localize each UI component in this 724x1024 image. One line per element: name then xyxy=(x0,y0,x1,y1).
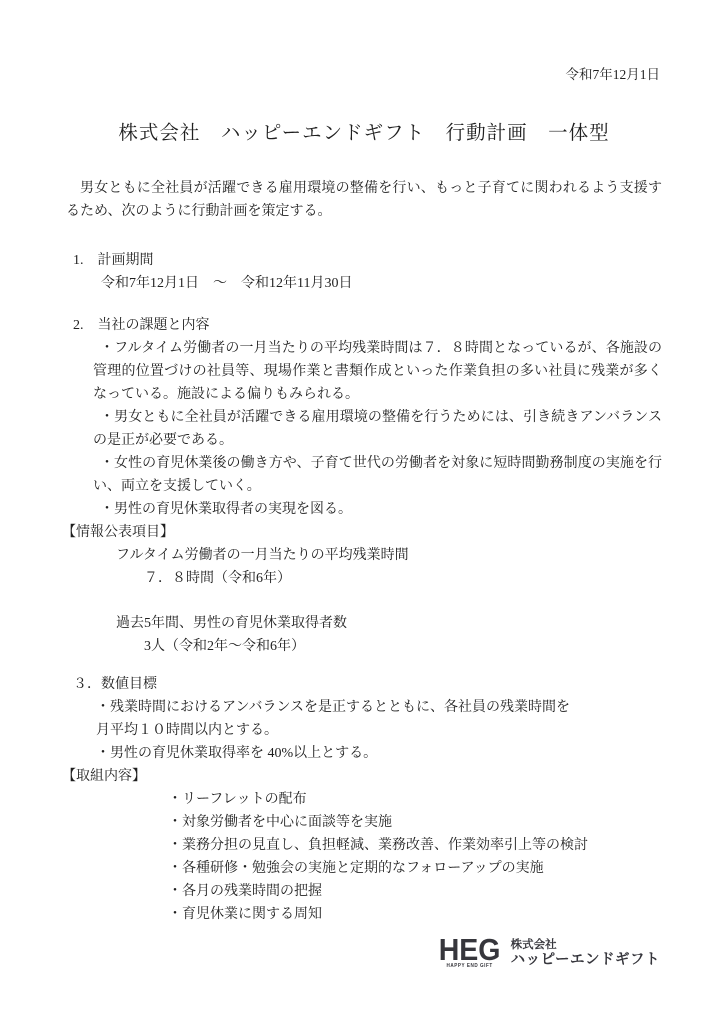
heg-logo-acronym: HEG xyxy=(439,937,501,963)
heg-logo-tagline: HAPPY END GIFT xyxy=(447,963,493,970)
disclosure-item-label: 過去5年間、男性の育児休業取得者数 xyxy=(66,612,662,635)
logo-company-prefix: 株式会社 xyxy=(511,938,660,952)
issues-bullet: ・女性の育児休業後の働き方や、子育て世代の労働者を対象に短時間勤務制度の実施を行… xyxy=(66,452,662,498)
initiative-item: ・対象労働者を中心に面談等を実施 xyxy=(66,811,662,834)
logo-company-name: 株式会社 ハッピーエンドギフト xyxy=(511,938,660,969)
disclosure-item-value: ７．８時間（令和6年） xyxy=(66,567,662,590)
initiative-item: ・各月の残業時間の把握 xyxy=(66,880,662,903)
document-title: 株式会社 ハッピーエンドギフト 行動計画 一体型 xyxy=(66,120,662,148)
disclosure-item-value: 3人（令和2年～令和6年） xyxy=(66,635,662,658)
disclosure-heading: 【情報公表項目】 xyxy=(62,521,662,544)
disclosure-item-label: フルタイム労働者の一月当たりの平均残業時間 xyxy=(66,544,662,567)
disclosure-item: 過去5年間、男性の育児休業取得者数 3人（令和2年～令和6年） xyxy=(66,612,662,658)
issues-bullet: ・フルタイム労働者の一月当たりの平均残業時間は７．８時間となっているが、各施設の… xyxy=(66,337,662,406)
intro-paragraph: 男女ともに全社員が活躍できる雇用環境の整備を行い、もっと子育てに関われるよう支援… xyxy=(66,177,662,223)
initiative-item: ・各種研修・勉強会の実施と定期的なフォローアップの実施 xyxy=(66,857,662,880)
section-plan-period-heading: 1. 計画期間 xyxy=(66,249,662,272)
initiative-item: ・業務分担の見直し、負担軽減、業務改善、作業効率引上等の検討 xyxy=(66,834,662,857)
numeric-target-line: 月平均１０時間以内とする。 xyxy=(66,719,662,742)
numeric-target-line: ・残業時間におけるアンバランスを是正するとともに、各社員の残業時間を xyxy=(66,696,662,719)
company-logo: HEG HAPPY END GIFT 株式会社 ハッピーエンドギフト xyxy=(436,937,660,970)
section-plan-period: 1. 計画期間 令和7年12月1日 ～ 令和12年11月30日 xyxy=(66,249,662,295)
section-issues: 2. 当社の課題と内容 ・フルタイム労働者の一月当たりの平均残業時間は７．８時間… xyxy=(66,314,662,521)
initiative-item: ・育児休業に関する周知 xyxy=(66,903,662,926)
section-numeric-targets: ３．数値目標 ・残業時間におけるアンバランスを是正するとともに、各社員の残業時間… xyxy=(66,673,662,765)
section-initiatives: 【取組内容】 ・リーフレットの配布 ・対象労働者を中心に面談等を実施 ・業務分担… xyxy=(66,765,662,926)
section-disclosure: 【情報公表項目】 フルタイム労働者の一月当たりの平均残業時間 ７．８時間（令和6… xyxy=(66,521,662,658)
heg-logo-mark: HEG HAPPY END GIFT xyxy=(439,937,501,970)
initiatives-heading: 【取組内容】 xyxy=(62,765,662,788)
logo-company-title: ハッピーエンドギフト xyxy=(511,952,660,969)
initiative-item: ・リーフレットの配布 xyxy=(66,788,662,811)
issues-bullet: ・男女ともに全社員が活躍できる雇用環境の整備を行うためには、引き続きアンバランス… xyxy=(66,406,662,452)
section-issues-heading: 2. 当社の課題と内容 xyxy=(66,314,662,337)
issues-bullet: ・男性の育児休業取得者の実現を図る。 xyxy=(66,498,662,521)
plan-period-value: 令和7年12月1日 ～ 令和12年11月30日 xyxy=(66,272,662,295)
document-date: 令和7年12月1日 xyxy=(66,66,662,84)
disclosure-item: フルタイム労働者の一月当たりの平均残業時間 ７．８時間（令和6年） xyxy=(66,544,662,590)
section-numeric-targets-heading: ３．数値目標 xyxy=(66,673,662,696)
numeric-target-line: ・男性の育児休業取得率を 40%以上とする。 xyxy=(66,742,662,765)
document-page: 令和7年12月1日 株式会社 ハッピーエンドギフト 行動計画 一体型 男女ともに… xyxy=(0,0,724,1024)
